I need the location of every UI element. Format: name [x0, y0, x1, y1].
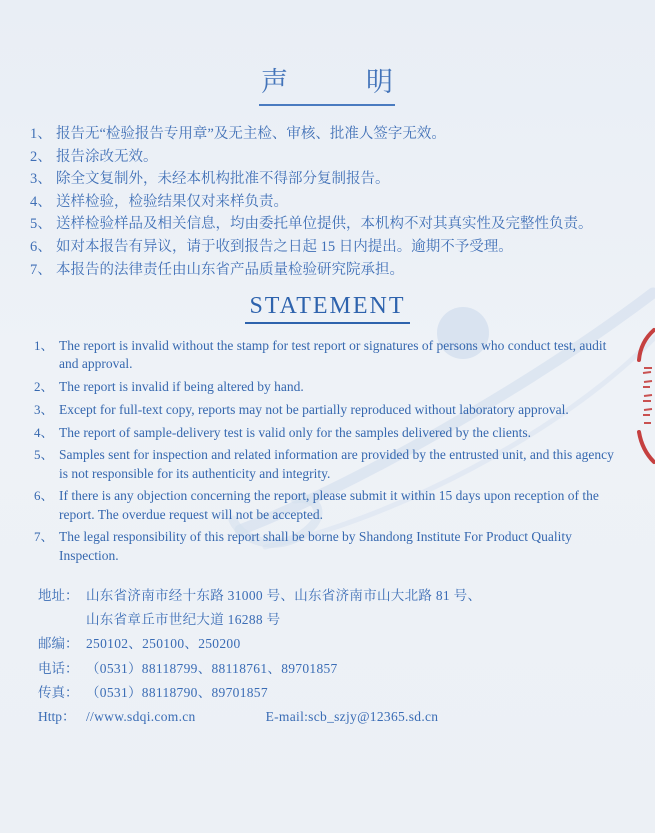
- address-label: 地址：: [38, 584, 86, 608]
- item-number: 3、: [34, 401, 59, 419]
- cn-statement-item: 7、 本报告的法律责任由山东省产品质量检验研究院承担。: [30, 259, 630, 282]
- email-address: E-mail:scb_szjy@12365.sd.cn: [266, 705, 439, 729]
- item-text: The report is invalid if being altered b…: [59, 378, 622, 396]
- address-line1: 山东省济南市经十东路 31000 号、山东省济南市山大北路 81 号、: [86, 584, 481, 608]
- fax-value: （0531）88118790、89701857: [86, 681, 268, 705]
- en-statement-item: 1、 The report is invalid without the sta…: [34, 337, 622, 373]
- title-cn-char2: 明: [366, 60, 393, 99]
- title-cn-char1: 声: [261, 60, 288, 99]
- en-statement-list: 1、 The report is invalid without the sta…: [34, 337, 622, 569]
- item-number: 7、: [34, 528, 59, 564]
- item-text: 除全文复制外，未经本机构批准不得部分复制报告。: [56, 168, 630, 191]
- item-number: 3、: [30, 168, 56, 191]
- postcode-row: 邮编： 250102、250100、250200: [38, 632, 628, 656]
- cn-statement-item: 1、 报告无“检验报告专用章”及无主检、审核、批准人签字无效。: [30, 123, 630, 146]
- fax-row: 传真： （0531）88118790、89701857: [38, 681, 628, 705]
- en-statement-item: 3、 Except for full-text copy, reports ma…: [34, 401, 622, 419]
- item-text: If there is any objection concerning the…: [59, 487, 622, 523]
- cn-statement-item: 5、 送样检验样品及相关信息，均由委托单位提供，本机构不对其真实性及完整性负责。: [30, 213, 630, 236]
- web-row: Http： //www.sdqi.com.cn E-mail:scb_szjy@…: [38, 705, 628, 729]
- en-statement-item: 7、 The legal responsibility of this repo…: [34, 528, 622, 564]
- item-number: 1、: [30, 123, 56, 146]
- item-number: 5、: [30, 213, 56, 236]
- item-text: 送样检验样品及相关信息，均由委托单位提供，本机构不对其真实性及完整性负责。: [56, 213, 630, 236]
- statement-title-en: STATEMENT: [245, 293, 409, 324]
- postcode-label: 邮编：: [38, 632, 86, 656]
- item-text: Except for full-text copy, reports may n…: [59, 401, 622, 419]
- item-text: 报告无“检验报告专用章”及无主检、审核、批准人签字无效。: [56, 123, 630, 146]
- item-text: Samples sent for inspection and related …: [59, 446, 622, 482]
- item-text: The report of sample-delivery test is va…: [59, 424, 622, 442]
- address-line2: 山东省章丘市世纪大道 16288 号: [86, 608, 628, 632]
- cn-statement-list: 1、 报告无“检验报告专用章”及无主检、审核、批准人签字无效。 2、 报告涂改无…: [30, 123, 630, 281]
- item-text: 送样检验，检验结果仅对来样负责。: [56, 191, 630, 214]
- phone-row: 电话： （0531）88118799、88118761、89701857: [38, 657, 628, 681]
- en-statement-item: 5、 Samples sent for inspection and relat…: [34, 446, 622, 482]
- en-statement-item: 4、 The report of sample-delivery test is…: [34, 424, 622, 442]
- statement-title-cn: 声 明: [259, 60, 395, 106]
- cn-statement-item: 6、 如对本报告有异议，请于收到报告之日起 15 日内提出。逾期不予受理。: [30, 236, 630, 259]
- fax-label: 传真：: [38, 681, 86, 705]
- item-number: 2、: [34, 378, 59, 396]
- item-number: 4、: [30, 191, 56, 214]
- postcode-value: 250102、250100、250200: [86, 632, 241, 656]
- declaration-page: 声 明 1、 报告无“检验报告专用章”及无主检、审核、批准人签字无效。 2、 报…: [0, 0, 655, 833]
- red-seal-fragment-icon: [635, 326, 655, 466]
- http-label: Http：: [38, 705, 86, 729]
- item-number: 2、: [30, 146, 56, 169]
- website-url: //www.sdqi.com.cn: [86, 705, 196, 729]
- cn-statement-item: 2、 报告涂改无效。: [30, 146, 630, 169]
- item-number: 7、: [30, 259, 56, 282]
- en-statement-item: 2、 The report is invalid if being altere…: [34, 378, 622, 396]
- item-text: 报告涂改无效。: [56, 146, 630, 169]
- item-text: The legal responsibility of this report …: [59, 528, 622, 564]
- item-number: 5、: [34, 446, 59, 482]
- phone-label: 电话：: [38, 657, 86, 681]
- cn-statement-item: 3、 除全文复制外，未经本机构批准不得部分复制报告。: [30, 168, 630, 191]
- item-number: 6、: [30, 236, 56, 259]
- item-text: 如对本报告有异议，请于收到报告之日起 15 日内提出。逾期不予受理。: [56, 236, 630, 259]
- item-text: The report is invalid without the stamp …: [59, 337, 622, 373]
- address-row: 地址： 山东省济南市经十东路 31000 号、山东省济南市山大北路 81 号、: [38, 584, 628, 608]
- item-number: 6、: [34, 487, 59, 523]
- contact-block: 地址： 山东省济南市经十东路 31000 号、山东省济南市山大北路 81 号、 …: [38, 584, 628, 729]
- phone-value: （0531）88118799、88118761、89701857: [86, 657, 338, 681]
- cn-statement-item: 4、 送样检验，检验结果仅对来样负责。: [30, 191, 630, 214]
- item-number: 1、: [34, 337, 59, 373]
- statement-title-en-wrap: STATEMENT: [0, 293, 655, 324]
- en-statement-item: 6、 If there is any objection concerning …: [34, 487, 622, 523]
- item-number: 4、: [34, 424, 59, 442]
- item-text: 本报告的法律责任由山东省产品质量检验研究院承担。: [56, 259, 630, 282]
